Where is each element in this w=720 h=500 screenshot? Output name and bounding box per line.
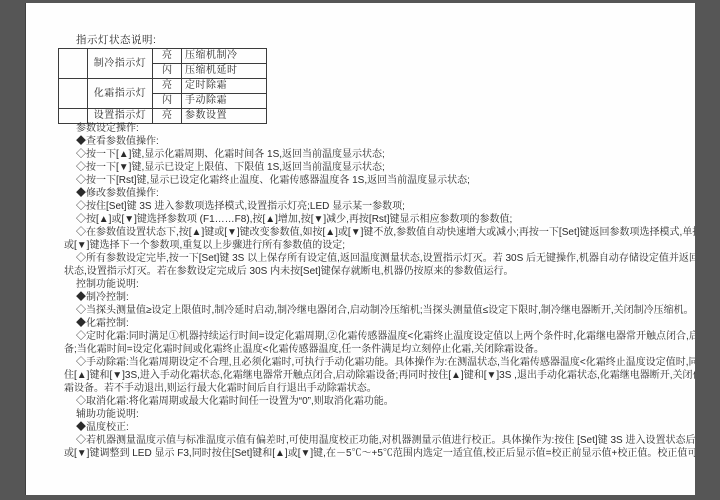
indicator-desc-cell: 定时除霜 [182,79,267,94]
text-line: 备;当化霜时间=设定化霜时间或化霜终止温度<化霜传感器温度,任一条件满足均立刻停… [64,343,695,356]
text-line: 或[▼]键调整到 LED 显示 F3,同时按住[Set]键和[▲]或[▼]键,在… [64,447,695,460]
text-line: ◇定时化霜:同时满足①机器持续运行时间=设定化霜周期,②化霜传感器温度<化霜终止… [64,330,695,343]
text-line: ◇按一下[▲]键,显示化霜周期、化霜时间各 1S,返回当前温度显示状态; [64,148,695,161]
text-line: ◇取消化霜:将化霜周期或最大化霜时间任一设置为“0”,则取消化霜功能。 [64,395,695,408]
indicator-name-cell: 化霜指示灯 [88,79,153,109]
text-line: ◇当探头测量值≥设定上限值时,制冷延时启动,制冷继电器闭合,启动制冷压缩机;当探… [64,304,695,317]
text-line: ◆温度校正: [64,421,695,434]
text-line: 状态,设置指示灯灭。若在参数设定完成后 30S 内未按[Set]键保存就断电,机… [64,265,695,278]
indicator-desc-cell: 压缩机制冷 [182,49,267,64]
indicator-state-cell: 闪 [153,64,182,79]
text-line: ◆查看参数值操作: [64,135,695,148]
section-title-indicator-status: 指示灯状态说明: [76,34,156,46]
indicator-state-cell: 闪 [153,94,182,109]
document-page: 指示灯状态说明: 制冷指示灯 亮 压缩机制冷 闪 压缩机延时 化霜指示灯 亮 定… [25,3,695,495]
indicator-state-cell: 亮 [153,79,182,94]
indicator-desc-cell: 压缩机延时 [182,64,267,79]
indicator-state-cell: 亮 [153,49,182,64]
text-line: 辅助功能说明: [64,408,695,421]
text-line: ◇按[▲]或[▼]键选择参数项 (F1……F8),按[▲]增加,按[▼]减少,再… [64,213,695,226]
text-line: 霜设备。若不手动退出,则运行最大化霜时间后自行退出手动除霜状态。 [64,382,695,395]
text-line: ◇所有参数设定完毕,按一下[Set]键 3S 以上保存所有设定值,返回温度测量状… [64,252,695,265]
text-line: ◇按一下[Rst]键,显示已设定化霜终止温度、化霜传感器温度各 1S,返回当前温… [64,174,695,187]
text-line: ◇按一下[▼]键,显示已设定上限值、下限值 1S,返回当前温度显示状态; [64,161,695,174]
document-body-text: 参数设定操作:◆查看参数值操作:◇按一下[▲]键,显示化霜周期、化霜时间各 1S… [64,122,695,460]
text-line: 住[▲]键和[▼]3S,进入手动化霜状态,化霜继电器常开触点闭合,启动除霜设备;… [64,369,695,382]
text-line: ◇若机器测量温度示值与标准温度示值有偏差时,可使用温度校正功能,对机器测量示值进… [64,434,695,447]
table-row: 化霜指示灯 亮 定时除霜 [59,79,267,94]
viewer-background: { "page": { "table_title": "指示灯状态说明:", "… [0,0,720,500]
text-line: 控制功能说明: [64,278,695,291]
text-line: ◇按住[Set]键 3S 进入参数项选择模式,设置指示灯亮;LED 显示某一参数… [64,200,695,213]
indicator-status-table: 制冷指示灯 亮 压缩机制冷 闪 压缩机延时 化霜指示灯 亮 定时除霜 闪 手动除… [58,48,267,124]
indicator-desc-cell: 手动除霜 [182,94,267,109]
table-row: 制冷指示灯 亮 压缩机制冷 [59,49,267,64]
text-line: ◇在参数值设置状态下,按[▲]键或[▼]键改变参数值,如按[▲]或[▼]键不放,… [64,226,695,239]
indicator-name-cell: 制冷指示灯 [88,49,153,79]
text-line: ◆化霜控制: [64,317,695,330]
text-line: 参数设定操作: [64,122,695,135]
text-line: 或[▼]键选择下一个参数项,重复以上步骤进行所有参数值的设定; [64,239,695,252]
text-line: ◆制冷控制: [64,291,695,304]
table-bracket-cell [59,79,88,109]
table-bracket-cell [59,49,88,79]
text-line: ◇手动除霜:当化霜周期设定不合理,且必须化霜时,可执行手动化霜功能。具体操作为:… [64,356,695,369]
text-line: ◆修改参数值操作: [64,187,695,200]
